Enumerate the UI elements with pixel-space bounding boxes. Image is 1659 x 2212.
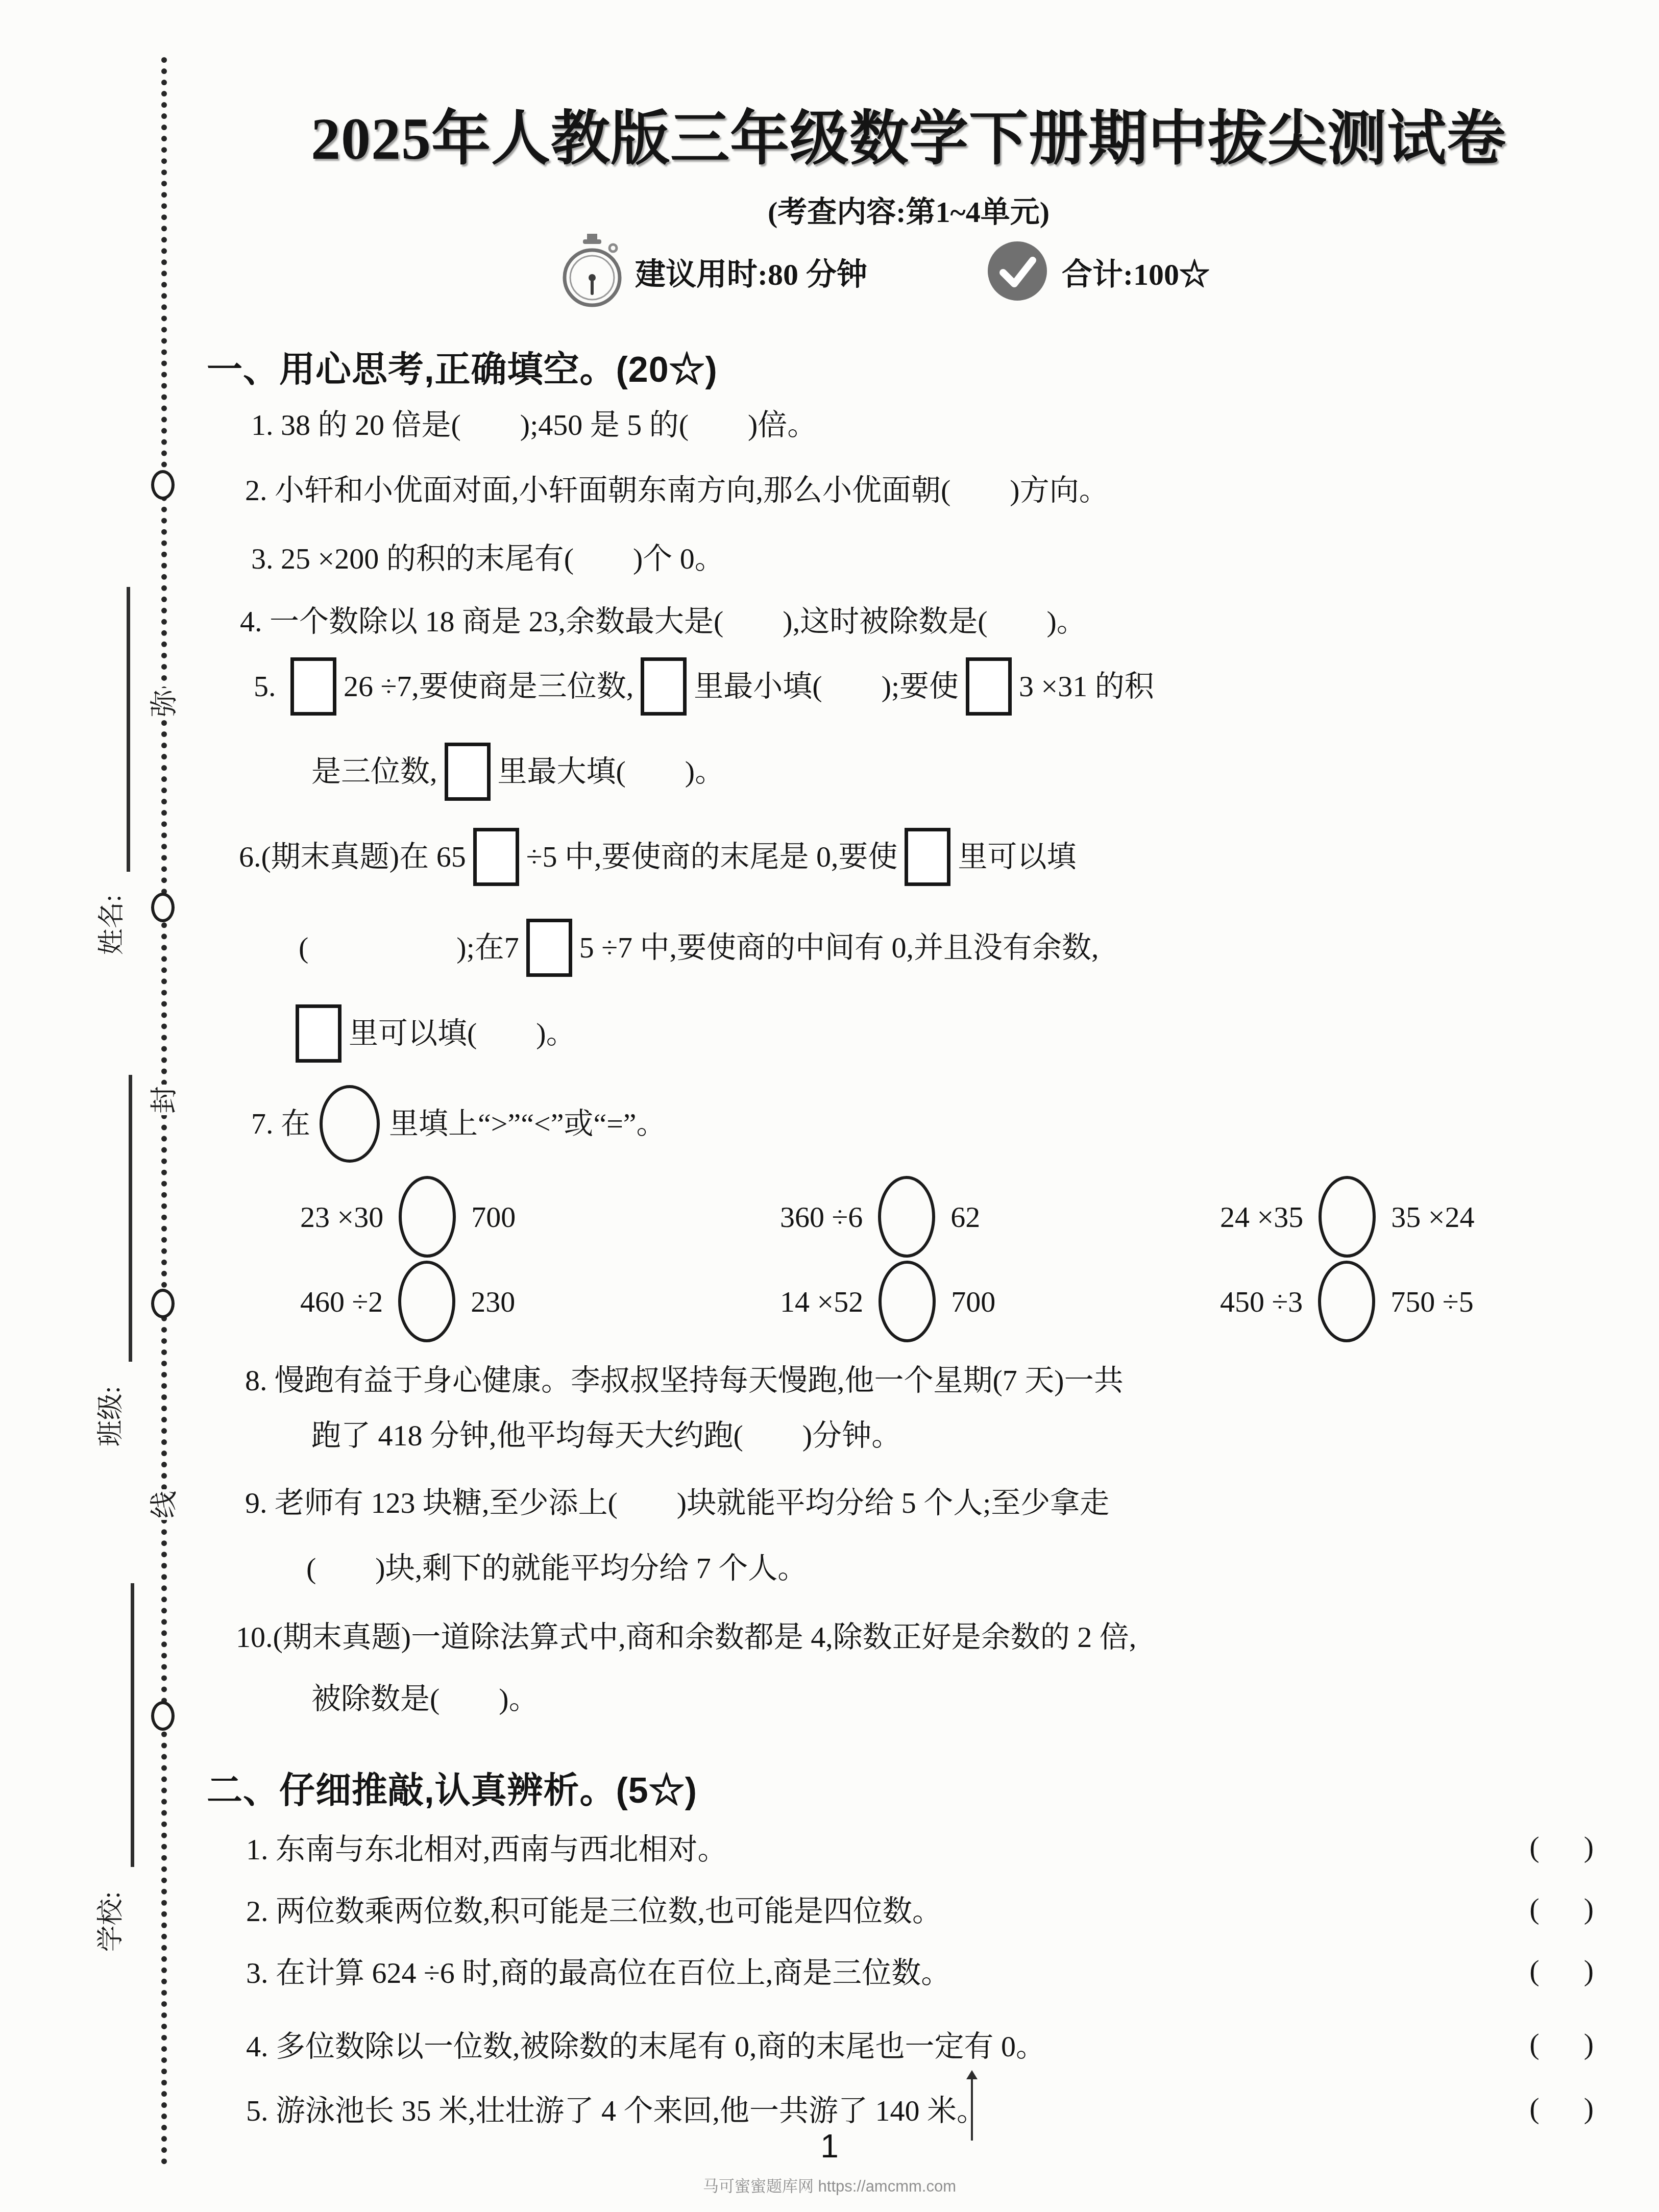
seal-circle xyxy=(151,893,175,922)
answer-paren: ( ) xyxy=(1529,2027,1594,2061)
exam-paper-page: 弥 封 线 姓名: 班级: 学校: 2025年人教版三年级数学下册期中拔尖测试卷… xyxy=(0,0,1659,2212)
name-field-line xyxy=(127,587,130,872)
answer-paren: ( ) xyxy=(1529,1953,1594,1987)
name-field-label: 姓名: xyxy=(98,874,127,976)
answer-paren: ( ) xyxy=(1529,2091,1594,2125)
seal-char-mi: 弥 xyxy=(149,688,180,719)
tf-item-3: 3. 在计算 624 ÷6 时,商的最高位在百位上,商是三位数。( ) xyxy=(246,1949,1594,1992)
q5-line2: 是三位数,里最大填( )。 xyxy=(311,743,724,801)
seal-circle xyxy=(151,1289,175,1318)
q3: 3. 25 ×200 的积的末尾有( )个 0。 xyxy=(251,542,724,576)
section1-heading: 一、用心思考,正确填空。(20☆) xyxy=(207,341,718,392)
tf-item-4: 4. 多位数除以一位数,被除数的末尾有 0,商的末尾也一定有 0。( ) xyxy=(246,2022,1594,2065)
compare-item: 24 ×3535 ×24 xyxy=(1220,1176,1474,1258)
q8-line2: 跑了 418 分钟,他平均每天大约跑( )分钟。 xyxy=(311,1419,901,1453)
school-field-line xyxy=(131,1583,134,1867)
seal-circle xyxy=(151,470,175,500)
fill-box xyxy=(966,657,1012,716)
compare-item: 450 ÷3750 ÷5 xyxy=(1220,1261,1474,1342)
q2: 2. 小轩和小优面对面,小轩面朝东南方向,那么小优面朝( )方向。 xyxy=(245,474,1109,508)
q6-line1: 6.(期末真题)在 65÷5 中,要使商的末尾是 0,要使里可以填 xyxy=(239,828,1077,886)
stopwatch-icon xyxy=(563,233,622,312)
class-field-label: 班级: xyxy=(97,1365,126,1467)
q7-intro: 7. 在里填上“>”“<”或“=”。 xyxy=(251,1085,666,1163)
tf-item-5: 5. 游泳池长 35 米,壮壮游了 4 个来回,他一共游了 140 米。( ) xyxy=(246,2086,1594,2129)
q6-line2: ( );在75 ÷7 中,要使商的中间有 0,并且没有余数, xyxy=(299,919,1099,977)
compare-circle xyxy=(879,1261,936,1342)
q9-line2: ( )块,剩下的就能平均分给 7 个人。 xyxy=(306,1552,807,1586)
seal-char-feng: 封 xyxy=(149,1085,180,1115)
compare-circle xyxy=(1319,1176,1376,1258)
section2-heading: 二、仔细推敲,认真辨析。(5☆) xyxy=(207,1762,697,1813)
fill-box xyxy=(526,919,572,977)
compare-item: 460 ÷2230 xyxy=(300,1261,515,1342)
tf-item-2: 2. 两位数乘两位数,积可能是三位数,也可能是四位数。( ) xyxy=(246,1887,1594,1930)
compare-circle xyxy=(1318,1261,1375,1342)
fill-box xyxy=(641,657,687,716)
compare-circle xyxy=(399,1176,456,1258)
compare-circle xyxy=(320,1085,380,1163)
total-score-label: 合计:100☆ xyxy=(1062,250,1210,294)
suggested-time-block: 建议用时:80 分钟 xyxy=(563,234,867,310)
q4: 4. 一个数除以 18 商是 23,余数最大是( ),这时被除数是( )。 xyxy=(240,605,1086,639)
fill-box xyxy=(445,743,491,801)
q10-line1: 10.(期末真题)一道除法算式中,商和余数都是 4,除数正好是余数的 2 倍, xyxy=(236,1620,1136,1655)
school-field-label: 学校: xyxy=(97,1871,126,1973)
q10-line2: 被除数是( )。 xyxy=(311,1682,539,1716)
page-subtitle: (考查内容:第1~4单元) xyxy=(214,188,1603,231)
q1: 1. 38 的 20 倍是( );450 是 5 的( )倍。 xyxy=(251,408,817,443)
check-icon xyxy=(986,240,1048,305)
compare-circle xyxy=(398,1261,455,1342)
page-title: 2025年人教版三年级数学下册期中拔尖测试卷 xyxy=(214,91,1603,176)
seal-circle xyxy=(151,1701,175,1731)
compare-item: 14 ×52700 xyxy=(780,1261,995,1342)
fill-box xyxy=(905,828,950,886)
fill-box xyxy=(296,1004,341,1063)
tf-item-1: 1. 东南与东北相对,西南与西北相对。( ) xyxy=(246,1825,1594,1868)
compare-item: 23 ×30700 xyxy=(300,1176,516,1258)
q5-line1: 5. 26 ÷7,要使商是三位数,里最小填( );要使3 ×31 的积 xyxy=(254,657,1154,716)
q6-line3: 里可以填( )。 xyxy=(288,1004,576,1063)
answer-paren: ( ) xyxy=(1529,1891,1594,1926)
watermark: 马可蜜蜜题库网 https://amcmm.com xyxy=(0,2173,1659,2196)
answer-paren: ( ) xyxy=(1529,1830,1594,1864)
fill-box xyxy=(473,828,519,886)
compare-item: 360 ÷662 xyxy=(780,1176,980,1258)
total-score-block: 合计:100☆ xyxy=(986,234,1210,310)
fill-box xyxy=(290,657,336,716)
page-number: 1 xyxy=(0,2127,1659,2165)
suggested-time-label: 建议用时:80 分钟 xyxy=(635,250,867,294)
seal-char-xian: 线 xyxy=(149,1489,180,1520)
q9-line1: 9. 老师有 123 块糖,至少添上( )块就能平均分给 5 个人;至少拿走 xyxy=(245,1486,1109,1520)
class-field-line xyxy=(129,1075,132,1362)
q8-line1: 8. 慢跑有益于身心健康。李叔叔坚持每天慢跑,他一个星期(7 天)一共 xyxy=(245,1364,1124,1398)
compare-circle xyxy=(878,1176,935,1258)
